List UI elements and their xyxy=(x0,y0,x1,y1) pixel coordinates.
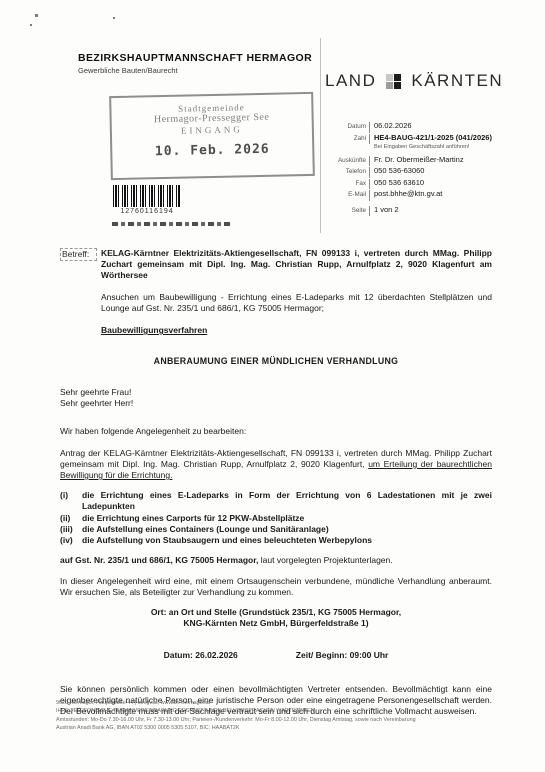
subject-block: Betreff: KELAG-Kärntner Elektrizitäts-Ak… xyxy=(60,248,492,336)
item-number: (iv) xyxy=(60,535,82,546)
barcode-number: 12760116194 xyxy=(113,208,181,215)
crop-mark xyxy=(113,17,115,19)
parcels-rest: laut vorgelegten Projektunterlagen. xyxy=(258,555,392,565)
parcels-bold: auf Gst. Nr. 235/1 und 686/1, KG 75005 H… xyxy=(60,555,258,565)
hearing-location: Ort: an Ort und Stelle (Grundstück 235/1… xyxy=(60,607,492,629)
meta-label: E-Mail xyxy=(330,190,370,201)
meta-value-auskuenfte: Fr. Dr. Obermeißer-Martinz xyxy=(370,155,464,164)
parcels-line: auf Gst. Nr. 235/1 und 686/1, KG 75005 H… xyxy=(60,555,492,566)
barcode xyxy=(113,185,181,207)
meta-row-seite: Seite 1 von 2 xyxy=(330,205,542,217)
meta-value-zahl: HE4-BAUG-421/1-2025 (041/2026) xyxy=(370,133,492,142)
subject-label: Betreff: xyxy=(60,248,97,261)
meta-row-email: E-Mail post.bhhe@ktn.gv.at xyxy=(330,189,542,201)
meta-row-fax: Fax 050 536 63610 xyxy=(330,178,542,190)
hearing-datetime-row: Datum: 26.02.2026 Zeit/ Beginn: 09:00 Uh… xyxy=(60,650,492,661)
application-paragraph: Antrag der KELAG-Kärntner Elektrizitäts-… xyxy=(60,448,492,482)
meta-label: Zahl xyxy=(330,134,370,145)
subject-content: KELAG-Kärntner Elektrizitäts-Aktiengesel… xyxy=(101,248,492,336)
item-text: die Errichtung eines E-Ladeparks in Form… xyxy=(82,490,492,512)
meta-value-email: post.bhhe@ktn.gv.at xyxy=(370,189,442,198)
document-title: ANBERAUMUNG EINER MÜNDLICHEN VERHANDLUNG xyxy=(60,356,492,368)
meta-row-datum: Datum 06.02.2026 xyxy=(330,121,542,133)
footer-line-hours: Amtsstunden: Mo-Do 7.30-16.00 Uhr, Fr 7.… xyxy=(56,716,496,724)
footer-line-appointment: IHRE TELEFONISCHE TERMINVEREINBARUNG ERS… xyxy=(56,707,496,715)
item-text: die Aufstellung von Staubsaugern und ein… xyxy=(82,535,492,546)
land-kaernten-logo: LAND KÄRNTEN xyxy=(325,71,503,91)
salutation-line2: Sehr geehrter Herr! xyxy=(60,398,492,409)
logo-word-kaernten: KÄRNTEN xyxy=(411,71,503,91)
hearing-date: Datum: 26.02.2026 xyxy=(164,650,238,661)
entry-stamp: Stadtgemeinde Hermagor-Pressegger See EI… xyxy=(109,92,315,180)
item-number: (iii) xyxy=(60,524,82,535)
land-kaernten-logo-icon xyxy=(386,74,401,89)
meta-value-telefon: 050 536-63060 xyxy=(370,166,424,175)
logo-word-land: LAND xyxy=(325,71,376,91)
document-meta-block: Datum 06.02.2026 Zahl HE4-BAUG-421/1-202… xyxy=(330,121,542,216)
list-item: (i) die Errichtung eines E-Ladeparks in … xyxy=(60,490,492,512)
announcement-paragraph: In dieser Angelegenheit wird eine, mit e… xyxy=(60,576,492,598)
meta-value-datum: 06.02.2026 xyxy=(370,121,412,130)
list-item: (iv) die Aufstellung von Staubsaugern un… xyxy=(60,535,492,546)
letter-footer: 9620 Hermagor, Hauptstraße 44 | ktn.gv.a… xyxy=(56,699,496,733)
list-item: (ii) die Errichtung eines Carports für 1… xyxy=(60,513,492,524)
subject-request: Ansuchen um Baubewilligung - Errichtung … xyxy=(101,292,492,314)
request-items-list: (i) die Errichtung eines E-Ladeparks in … xyxy=(60,490,492,546)
crop-mark xyxy=(30,24,32,26)
meta-label: Auskünfte xyxy=(330,156,370,167)
meta-label: Datum xyxy=(330,122,370,133)
hearing-location-line2: KNG-Kärnten Netz GmbH, Bürgerfeldstraße … xyxy=(60,618,492,629)
meta-row-telefon: Telefon 050 536-63060 xyxy=(330,166,542,178)
salutation-line1: Sehr geehrte Frau! xyxy=(60,387,492,398)
micro-barcode-row xyxy=(112,222,230,226)
footer-line-address: 9620 Hermagor, Hauptstraße 44 | ktn.gv.a… xyxy=(56,699,496,707)
scan-fold-artifact xyxy=(320,38,321,233)
footer-line-bank: Austrian Anadi Bank AG, IBAN AT02 5300 0… xyxy=(56,724,496,732)
item-text: die Aufstellung eines Containers (Lounge… xyxy=(82,524,492,535)
list-item: (iii) die Aufstellung eines Containers (… xyxy=(60,524,492,535)
meta-value-fax: 050 536 63610 xyxy=(370,178,424,187)
authority-name: BEZIRKSHAUPTMANNSCHAFT HERMAGOR xyxy=(78,52,312,64)
department-name: Gewerbliche Bauten/Baurecht xyxy=(78,66,178,75)
meta-note: Bei Eingaben Geschäftszahl anführen! xyxy=(370,144,469,150)
item-number: (i) xyxy=(60,490,82,512)
subject-party: KELAG-Kärntner Elektrizitäts-Aktiengesel… xyxy=(101,248,492,282)
meta-value-seite: 1 von 2 xyxy=(370,205,399,214)
meta-label: Seite xyxy=(330,206,370,217)
subject-procedure: Baubewilligungsverfahren xyxy=(101,325,492,336)
letter-body: Betreff: KELAG-Kärntner Elektrizitäts-Ak… xyxy=(60,248,492,717)
hearing-time: Zeit/ Beginn: 09:00 Uhr xyxy=(296,650,389,661)
intro-line: Wir haben folgende Angelegenheit zu bear… xyxy=(60,426,492,437)
salutation: Sehr geehrte Frau! Sehr geehrter Herr! xyxy=(60,387,492,409)
item-text: die Errichtung eines Carports für 12 PKW… xyxy=(82,513,492,524)
meta-row-note: Bei Eingaben Geschäftszahl anführen! xyxy=(330,144,542,155)
hearing-location-line1: Ort: an Ort und Stelle (Grundstück 235/1… xyxy=(60,607,492,618)
stamp-date: 10. Feb. 2026 xyxy=(112,141,312,160)
item-number: (ii) xyxy=(60,513,82,524)
crop-mark xyxy=(35,14,38,17)
scanned-letter-page: BEZIRKSHAUPTMANNSCHAFT HERMAGOR Gewerbli… xyxy=(0,0,545,772)
meta-row-zahl: Zahl HE4-BAUG-421/1-2025 (041/2026) xyxy=(330,133,542,145)
meta-label: Telefon xyxy=(330,167,370,178)
meta-row-auskuenfte: Auskünfte Fr. Dr. Obermeißer-Martinz xyxy=(330,155,542,167)
meta-label: Fax xyxy=(330,179,370,190)
